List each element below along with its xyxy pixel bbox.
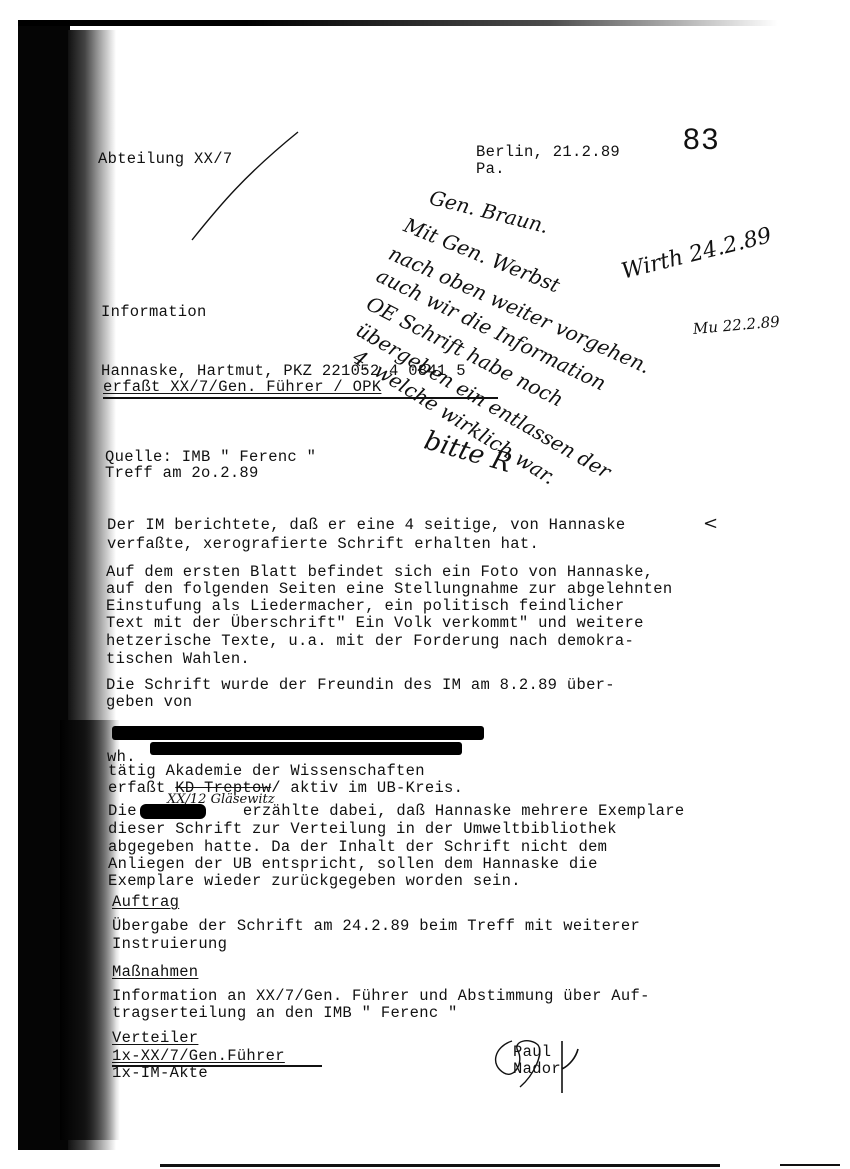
- body-line: verfaßte, xerografierte Schrift erhalten…: [107, 535, 539, 553]
- body-text: Die: [108, 802, 137, 820]
- body-line: tischen Wahlen.: [106, 650, 250, 668]
- author-initials: Pa.: [476, 160, 505, 178]
- body-line: Einstufung als Liedermacher, ein politis…: [106, 597, 624, 615]
- massnahmen-line: tragserteilung an den IMB " Ferenc ": [112, 1004, 458, 1022]
- section-heading-auftrag: Auftrag: [112, 893, 179, 911]
- erfasst-prefix: erfaßt: [108, 779, 175, 797]
- body-line: hetzerische Texte, u.a. mit der Forderun…: [106, 632, 634, 650]
- distribution-line: 1x-XX/7/Gen.Führer: [112, 1047, 285, 1065]
- auftrag-line: Instruierung: [112, 935, 227, 953]
- handwritten-initials-date: Wirth 24.2.89: [619, 223, 774, 284]
- body-text: erzählte dabei, daß Hannaske mehrere Exe…: [243, 802, 685, 820]
- subject-registered-line: erfaßt XX/7/Gen. Führer / OPK: [103, 378, 381, 396]
- body-line: erfaßt KD Treptow/ aktiv im UB-Kreis.: [108, 779, 463, 797]
- body-line: Auf dem ersten Blatt befindet sich ein F…: [106, 563, 653, 581]
- body-line: auf den folgenden Seiten eine Stellungna…: [106, 580, 673, 598]
- page-number: 83: [683, 124, 720, 156]
- body-line: Der IM berichtete, daß er eine 4 seitige…: [107, 516, 625, 534]
- body-line: geben von: [106, 693, 192, 711]
- meeting-date-line: Treff am 2o.2.89: [105, 464, 259, 482]
- signature-scribble: [490, 1035, 590, 1095]
- body-line: tätig Akademie der Wissenschaften: [108, 762, 425, 780]
- scanned-document-page: 83 Abteilung XX/7 Berlin, 21.2.89 Pa. In…: [0, 0, 850, 1169]
- redaction-bar: [140, 804, 206, 819]
- section-heading-massnahmen: Maßnahmen: [112, 963, 198, 981]
- scan-top-edge: [18, 20, 778, 26]
- body-line: Text mit der Überschrift" Ein Volk verko…: [106, 614, 644, 632]
- auftrag-line: Übergabe der Schrift am 24.2.89 beim Tre…: [112, 917, 640, 935]
- body-line: dieser Schrift zur Verteilung in der Umw…: [108, 820, 617, 838]
- distribution-line: 1x-IM-Akte: [112, 1064, 208, 1082]
- erfasst-suffix: / aktiv im UB-Kreis.: [271, 779, 463, 797]
- scan-bottom-edge: [160, 1164, 720, 1167]
- body-line: Anliegen der UB entspricht, sollen dem H…: [108, 855, 598, 873]
- place-date: Berlin, 21.2.89: [476, 143, 620, 161]
- scan-bottom-edge-right: [780, 1164, 840, 1166]
- massnahmen-line: Information an XX/7/Gen. Führer und Abst…: [112, 987, 650, 1005]
- redaction-bar: [112, 726, 484, 740]
- body-line: Die Schrift wurde der Freundin des IM am…: [106, 676, 615, 694]
- document-title: Information: [101, 303, 207, 321]
- redaction-bar: [150, 742, 462, 755]
- body-line: abgegeben hatte. Da der Inhalt der Schri…: [108, 838, 607, 856]
- handwritten-mark: <: [703, 513, 718, 534]
- pen-stroke: [190, 130, 300, 245]
- body-line: Exemplare wieder zurückgegeben worden se…: [108, 872, 521, 890]
- handwritten-initials-date: Mu 22.2.89: [692, 312, 780, 338]
- section-heading-verteiler: Verteiler: [112, 1029, 198, 1047]
